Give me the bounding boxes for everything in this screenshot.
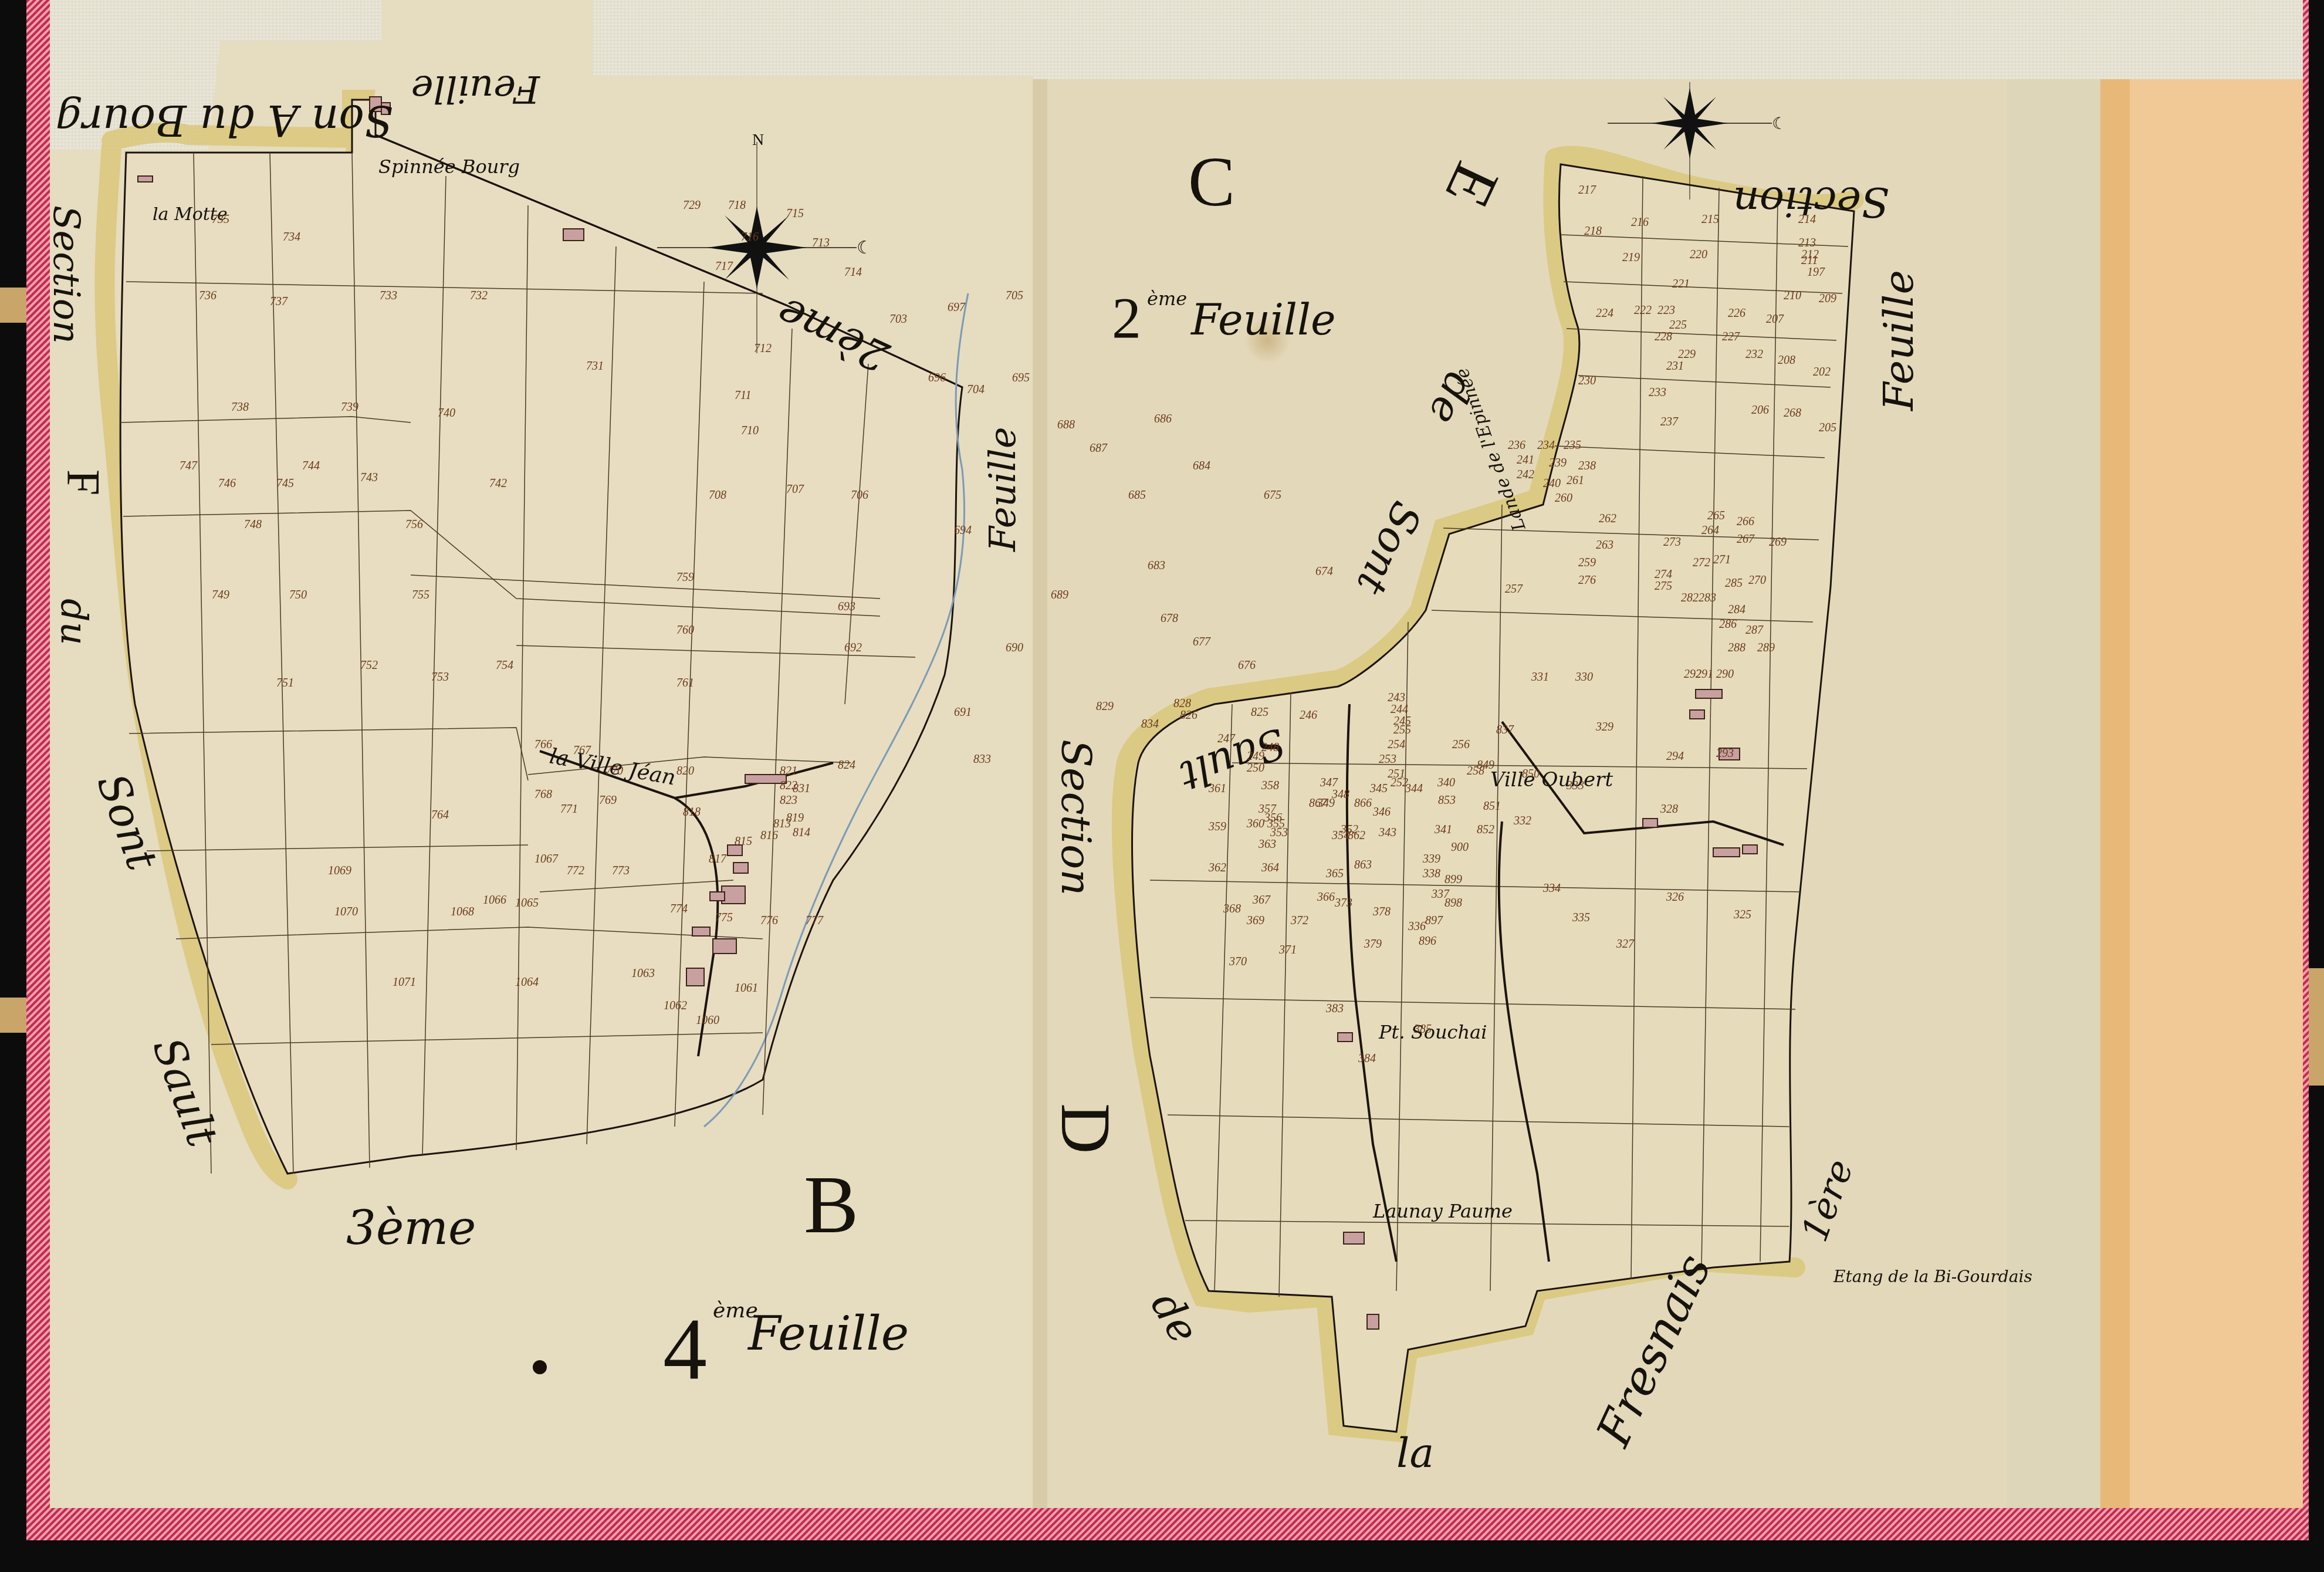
- parcel-number: 690: [1006, 641, 1023, 654]
- parcel-number: 683: [1148, 559, 1165, 572]
- parcel-number: 341: [1434, 823, 1452, 836]
- parcel-number: 385: [1413, 1023, 1432, 1036]
- parcel-number: 206: [1751, 404, 1769, 417]
- parcel-number: 676: [1238, 659, 1256, 672]
- parcel-number: 850: [1522, 768, 1540, 780]
- parcel-number: 276: [1578, 574, 1596, 587]
- parcel-number: 242: [1517, 468, 1534, 481]
- section-letter-d: D: [1047, 1103, 1125, 1154]
- place-launay-paume: Launay Paume: [1372, 1200, 1513, 1222]
- parcel-number: 749: [212, 589, 229, 601]
- sheet-ordinal: 4: [663, 1301, 707, 1398]
- label-feuille-top: Feuille: [411, 67, 540, 110]
- parcel-number: 345: [1369, 782, 1388, 795]
- parcel-number: 760: [676, 624, 694, 637]
- parcel-number: 372: [1290, 914, 1308, 927]
- parcel-number: 732: [470, 289, 488, 302]
- parcel-number: 346: [1372, 806, 1391, 819]
- parcel-number: 293: [1716, 747, 1734, 760]
- parcel-number: 688: [1057, 418, 1075, 431]
- parcel-number: 263: [1596, 539, 1613, 552]
- parcel-number: 223: [1657, 304, 1675, 317]
- parcel-number: 744: [302, 459, 320, 472]
- parcel-number: 268: [1784, 407, 1801, 420]
- sheet-ordinal: 2: [1112, 285, 1141, 350]
- parcel-number: 229: [1678, 348, 1696, 361]
- parcel-number: 349: [1317, 797, 1335, 810]
- parcel-number: 285: [1725, 577, 1743, 590]
- parcel-number: 686: [1154, 413, 1172, 425]
- parcel-number: 684: [1193, 459, 1210, 472]
- parcel-number: 759: [676, 571, 694, 584]
- parcel-number: 211: [1801, 254, 1818, 267]
- parcel-number: 250: [1247, 762, 1264, 775]
- parcel-number: 244: [1391, 703, 1408, 716]
- parcel-number: 370: [1229, 955, 1247, 968]
- parcel-number: 729: [683, 199, 701, 212]
- parcel-number: 837: [1496, 724, 1514, 736]
- parcel-number: 823: [780, 794, 797, 807]
- parcel-number: 852: [1477, 823, 1494, 836]
- parcel-number: 863: [1354, 858, 1372, 871]
- parcel-number: 1068: [451, 905, 474, 918]
- parcel-number: 283: [1699, 591, 1716, 604]
- parcel-number: 359: [1208, 820, 1226, 833]
- parcel-number: 706: [851, 489, 868, 502]
- parcel-number: 284: [1728, 603, 1745, 616]
- parcel-number: 764: [431, 809, 449, 822]
- parcel-number: 271: [1713, 553, 1731, 566]
- parcel-number: 331: [1531, 671, 1549, 684]
- parcel-number: 367: [1252, 894, 1271, 907]
- parcel-number: 689: [1051, 589, 1068, 601]
- parcel-number: 772: [567, 864, 584, 877]
- parcel-number: 739: [341, 401, 358, 414]
- parcel-number: 337: [1431, 888, 1450, 901]
- parcel-number: 853: [1438, 794, 1456, 807]
- parcel-number: 714: [844, 266, 862, 279]
- parcel-number: 674: [1315, 565, 1333, 578]
- parcel-number: 754: [496, 659, 513, 672]
- parcel-number: 327: [1616, 938, 1635, 951]
- parcel-number: 233: [1649, 386, 1666, 399]
- parcel-number: 224: [1596, 307, 1613, 320]
- label-section-west: Section: [1052, 739, 1100, 895]
- parcel-number: 768: [535, 788, 552, 801]
- parcel-number: 286: [1719, 618, 1737, 631]
- parcel-number: 717: [715, 260, 733, 273]
- parcel-number: 256: [1452, 738, 1470, 751]
- parcel-number: 733: [380, 289, 397, 302]
- compass-east-crescent-icon: ☾: [857, 238, 872, 258]
- parcel-number: 257: [1505, 583, 1523, 596]
- parcel-number: 343: [1378, 826, 1396, 839]
- parcel-number: 329: [1595, 721, 1613, 733]
- parcel-number: 282: [1681, 591, 1699, 604]
- section-letter-b: B: [804, 1159, 858, 1250]
- parcel-number: 249: [1247, 750, 1264, 763]
- parcel-number: 756: [405, 518, 423, 531]
- parcel-number: 214: [1798, 213, 1816, 226]
- parcel-number: 833: [973, 753, 991, 766]
- label-du-west: du: [53, 599, 96, 645]
- parcel-number: 254: [1388, 738, 1405, 751]
- parcel-number: 255: [1393, 724, 1411, 736]
- parcel-number: 736: [199, 289, 216, 302]
- compass-east-crescent-icon: ☾: [1772, 115, 1787, 133]
- parcel-number: 216: [1631, 216, 1649, 229]
- parcel-number: 219: [1622, 251, 1640, 264]
- parcel-number: 678: [1161, 612, 1178, 625]
- ink-blot: [533, 1360, 547, 1374]
- parcel-number: 226: [1728, 307, 1745, 320]
- parcel-number: 748: [244, 518, 262, 531]
- parcel-number: 208: [1778, 354, 1795, 367]
- parcel-number: 227: [1722, 330, 1740, 343]
- parcel-number: 746: [218, 477, 236, 490]
- parcel-number: 205: [1819, 421, 1836, 434]
- parcel-number: 715: [786, 207, 804, 220]
- compass-north-label: N: [752, 131, 764, 149]
- parcel-number: 1066: [483, 894, 506, 907]
- place-etang-de-la-bi-gourdais: Etang de la Bi-Gourdais: [1833, 1267, 2032, 1286]
- parcel-number: 228: [1655, 330, 1672, 343]
- parcel-number: 246: [1300, 709, 1317, 722]
- place-pt-souchai: Pt. Souchai: [1378, 1021, 1487, 1043]
- parcel-number: 240: [1543, 477, 1561, 490]
- parcel-number: 740: [438, 407, 455, 420]
- parcel-number: 707: [786, 483, 804, 496]
- parcel-number: 742: [489, 477, 507, 490]
- parcel-number: 225: [1669, 319, 1687, 332]
- parcel-number: 777: [806, 914, 824, 927]
- parcel-number: 220: [1690, 248, 1707, 261]
- parcel-number: 237: [1660, 415, 1679, 428]
- parcel-number: 716: [741, 231, 759, 244]
- parcel-number: 814: [793, 826, 810, 839]
- parcel-number: 703: [889, 313, 907, 326]
- parcel-number: 718: [728, 199, 746, 212]
- parcel-number: 333: [1566, 779, 1584, 792]
- parcel-number: 222: [1634, 304, 1652, 317]
- parcel-number: 369: [1246, 914, 1264, 927]
- parcel-number: 274: [1655, 568, 1672, 581]
- beige-panel-edge: [2100, 79, 2130, 1508]
- parcel-number: 360: [1246, 817, 1264, 830]
- parcel-number: 826: [1180, 709, 1197, 722]
- parcel-number: 1069: [328, 864, 351, 877]
- parcel-number: 694: [954, 524, 972, 537]
- parcel-number: 829: [1096, 700, 1114, 713]
- parcel-number: 710: [741, 424, 759, 437]
- parcel-number: 231: [1666, 360, 1684, 373]
- parcel-number: 708: [709, 489, 726, 502]
- parcel-number: 731: [586, 360, 604, 373]
- parcel-number: 818: [683, 806, 701, 819]
- parcel-number: 383: [1325, 1002, 1344, 1015]
- label-section-west: Section: [45, 205, 88, 344]
- parcel-number: 761: [676, 677, 694, 689]
- parcel-number: 824: [838, 759, 855, 772]
- label-feuille-east: Feuille: [1875, 270, 1923, 412]
- parcel-number: 207: [1766, 313, 1784, 326]
- parcel-number: 234: [1537, 439, 1555, 452]
- parcel-number: 289: [1757, 641, 1775, 654]
- parcel-number: 815: [735, 835, 752, 848]
- parcel-number: 900: [1451, 841, 1469, 854]
- parcel-number: 275: [1655, 580, 1672, 593]
- parcel-number: 213: [1798, 236, 1816, 249]
- rod-right: [2309, 968, 2324, 1086]
- parcel-number: 770: [605, 765, 623, 777]
- sheet-word: Feuille: [747, 1306, 909, 1361]
- parcel-number: 347: [1320, 776, 1338, 789]
- parcel-number: 1070: [334, 905, 358, 918]
- parcel-number: 816: [760, 829, 778, 842]
- parcel-number: 273: [1663, 536, 1681, 549]
- parcel-number: 751: [276, 677, 294, 689]
- parcel-number: 338: [1422, 867, 1440, 880]
- parcel-number: 368: [1223, 902, 1241, 915]
- parcel-number: 253: [1379, 753, 1396, 766]
- parcel-number: 260: [1555, 492, 1572, 505]
- place-spinnee-bourg: Spinnée Bourg: [378, 155, 520, 178]
- parcel-number: 693: [838, 600, 855, 613]
- parcel-number: 750: [289, 589, 307, 601]
- parcel-number: 209: [1819, 292, 1836, 305]
- parcel-number: 325: [1733, 908, 1751, 921]
- parcel-number: 866: [1354, 797, 1372, 810]
- parcel-number: 697: [948, 301, 966, 314]
- parcel-number: 834: [1141, 718, 1159, 731]
- parcel-number: 202: [1813, 366, 1831, 378]
- parcel-number: 738: [231, 401, 249, 414]
- parcel-number: 773: [612, 864, 630, 877]
- parcel-number: 238: [1578, 459, 1596, 472]
- parcel-number: 288: [1728, 641, 1745, 654]
- parcel-number: 753: [431, 671, 449, 684]
- parcel-number: 270: [1748, 574, 1766, 587]
- parcel-number: 366: [1317, 891, 1335, 904]
- parcel-number: 695: [1012, 371, 1030, 384]
- parcel-number: 817: [709, 853, 727, 866]
- parcel-number: 262: [1599, 512, 1616, 525]
- parcel-number: 330: [1575, 671, 1593, 684]
- parcel-number: 692: [844, 641, 862, 654]
- parcel-number: 267: [1737, 533, 1755, 546]
- parcel-number: 332: [1513, 814, 1531, 827]
- parcel-number: 820: [676, 765, 694, 777]
- parcel-number: 1064: [515, 976, 539, 989]
- parcel-number: 687: [1090, 442, 1108, 455]
- parcel-number: 769: [599, 794, 617, 807]
- label-f-west: F: [57, 469, 109, 496]
- parcel-number: 232: [1745, 348, 1763, 361]
- parcel-number: 265: [1707, 509, 1725, 522]
- parcel-number: 266: [1737, 515, 1754, 528]
- parcel-number: 747: [180, 459, 198, 472]
- place-ville-oubert: Ville Oubert: [1490, 768, 1613, 792]
- parcel-number: 218: [1584, 225, 1602, 238]
- label-son-a-du-bourg: Son A du Bourg: [56, 96, 393, 145]
- parcel-number: 379: [1364, 938, 1382, 951]
- parcel-number: 259: [1578, 556, 1596, 569]
- sheet-word: Feuille: [1190, 295, 1336, 344]
- parcel-number: 230: [1578, 374, 1596, 387]
- parcel-number: 813: [773, 817, 791, 830]
- parcel-number: 711: [735, 389, 752, 402]
- parcel-number: 354: [1331, 829, 1349, 842]
- parcel-number: 752: [360, 659, 378, 672]
- parcel-number: 1062: [664, 999, 687, 1012]
- section-letter-c: C: [1188, 143, 1235, 221]
- parcel-number: 217: [1578, 184, 1596, 197]
- parcel-number: 264: [1701, 524, 1719, 537]
- parcel-number: 851: [1483, 800, 1501, 813]
- parcel-number: 1065: [515, 897, 539, 910]
- parcel-number: 735: [212, 213, 229, 226]
- parcel-number: 705: [1006, 289, 1023, 302]
- parcel-number: 677: [1193, 635, 1211, 648]
- parcel-number: 767: [573, 744, 591, 757]
- parcel-number: 287: [1745, 624, 1764, 637]
- parcel-number: 713: [812, 236, 830, 249]
- parcel-number: 825: [1251, 706, 1268, 719]
- parcel-number: 243: [1388, 691, 1405, 704]
- parcel-number: 326: [1666, 891, 1684, 904]
- parcel-number: 197: [1807, 266, 1825, 279]
- parcel-number: 828: [1173, 697, 1191, 710]
- bottom-binding: [26, 1508, 2309, 1540]
- parcel-number: 344: [1405, 782, 1423, 795]
- parcel-number: 358: [1261, 779, 1279, 792]
- parcel-number: 675: [1264, 489, 1281, 502]
- parcel-number: 258: [1467, 765, 1484, 777]
- parcel-number: 734: [283, 231, 300, 244]
- parcel-number: 221: [1672, 278, 1690, 290]
- parcel-number: 272: [1693, 556, 1710, 569]
- parcel-number: 371: [1278, 944, 1297, 956]
- right-sheet-margin: [2007, 79, 2100, 1508]
- parcel-number: 821: [780, 765, 797, 777]
- parcel-number: 215: [1701, 213, 1719, 226]
- parcel-number: 336: [1408, 920, 1426, 933]
- parcel-number: 1071: [393, 976, 416, 989]
- parcel-number: 1061: [735, 982, 758, 995]
- parcel-number: 353: [1270, 826, 1288, 839]
- cadastral-map-scan: N ☾: [0, 0, 2324, 1572]
- sheet-suffix: ème: [1147, 288, 1187, 310]
- parcel-number: 766: [535, 738, 552, 751]
- label-3eme-south: 3ème: [346, 1201, 476, 1255]
- parcel-number: 776: [760, 914, 778, 927]
- parcel-number: 363: [1258, 838, 1276, 851]
- sheet-gutter: [1033, 79, 1047, 1508]
- parcel-number: 775: [715, 911, 733, 924]
- parcel-number: 241: [1517, 454, 1534, 466]
- beige-panel: [2100, 79, 2303, 1508]
- parcel-number: 269: [1769, 536, 1787, 549]
- parcel-number: 235: [1564, 439, 1581, 452]
- label-la-south: la: [1396, 1429, 1434, 1477]
- parcel-number: 364: [1261, 861, 1279, 874]
- parcel-number: 334: [1542, 882, 1561, 895]
- parcel-number: 328: [1660, 803, 1678, 816]
- parcel-number: 896: [1419, 935, 1436, 948]
- parcel-number: 712: [754, 342, 772, 355]
- parcel-number: 361: [1208, 782, 1226, 795]
- parcel-number: 1063: [631, 967, 655, 980]
- parcel-number: 745: [276, 477, 294, 490]
- parcel-number: 384: [1358, 1052, 1376, 1065]
- parcel-number: 239: [1549, 457, 1567, 469]
- parcel-number: 771: [560, 803, 578, 816]
- parcel-number: 755: [412, 589, 429, 601]
- parcel-number: 236: [1508, 439, 1525, 452]
- parcel-number: 290: [1716, 668, 1734, 681]
- parcel-number: 743: [360, 471, 378, 484]
- label-feuille-east: Feuille: [981, 427, 1024, 552]
- parcel-number: 685: [1128, 489, 1146, 502]
- parcel-number: 1060: [696, 1014, 719, 1027]
- parcel-number: 373: [1334, 897, 1352, 910]
- parcel-number: 691: [954, 706, 972, 719]
- parcel-number: 291: [1696, 668, 1713, 681]
- parcel-number: 294: [1666, 750, 1684, 763]
- parcel-number: 210: [1784, 289, 1801, 302]
- parcel-number: 365: [1325, 867, 1344, 880]
- parcel-number: 362: [1208, 861, 1226, 874]
- parcel-number: 696: [928, 371, 946, 384]
- parcel-number: 822: [780, 779, 797, 792]
- parcel-number: 704: [967, 383, 985, 396]
- parcel-number: 1067: [535, 853, 559, 866]
- parcel-number: 378: [1372, 905, 1391, 918]
- parcel-number: 335: [1572, 911, 1590, 924]
- parcel-number: 261: [1567, 474, 1584, 487]
- parcel-number: 897: [1425, 914, 1443, 927]
- parcel-number: 899: [1445, 873, 1462, 886]
- parcel-number: 247: [1217, 732, 1236, 745]
- parcel-number: 340: [1437, 776, 1455, 789]
- parcel-number: 737: [270, 295, 288, 308]
- parcel-number: 774: [670, 902, 688, 915]
- parcel-number: 339: [1422, 853, 1440, 866]
